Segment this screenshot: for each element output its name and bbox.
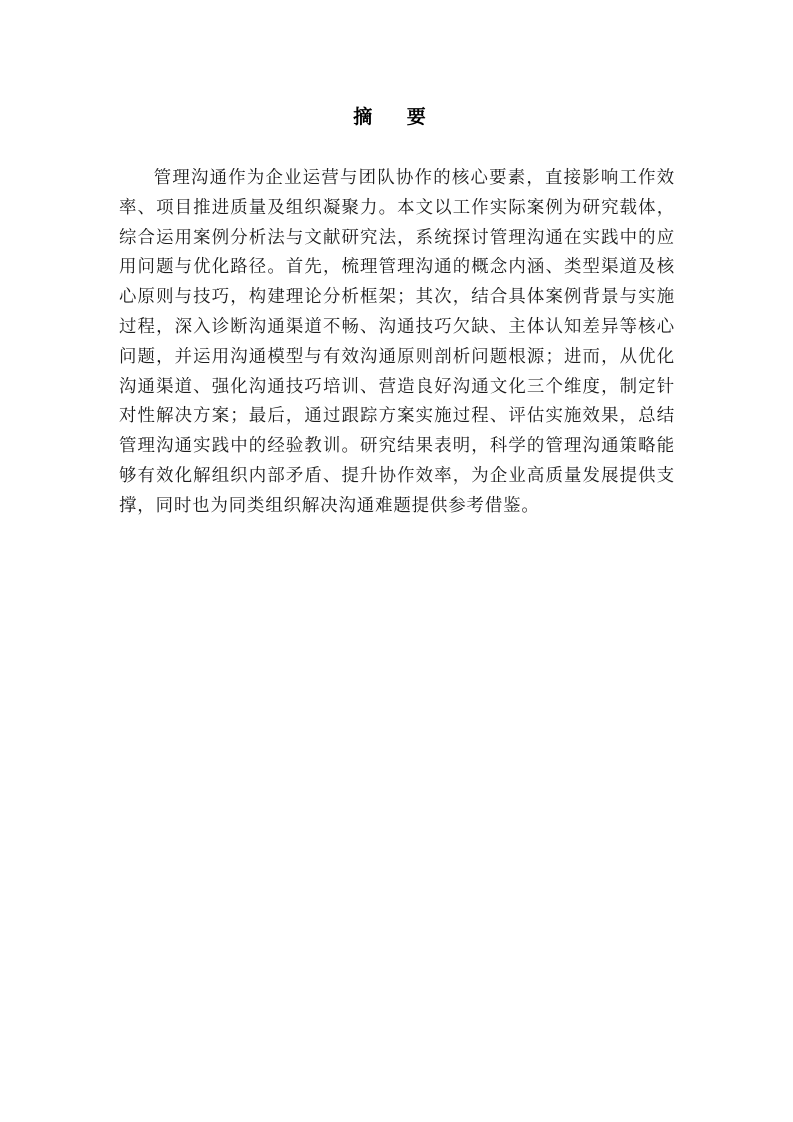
- document-page: 摘 要 管理沟通作为企业运营与团队协作的核心要素，直接影响工作效率、项目推进质量…: [0, 0, 793, 1122]
- abstract-title: 摘 要: [0, 104, 793, 130]
- abstract-paragraph: 管理沟通作为企业运营与团队协作的核心要素，直接影响工作效率、项目推进质量及组织凝…: [119, 164, 675, 522]
